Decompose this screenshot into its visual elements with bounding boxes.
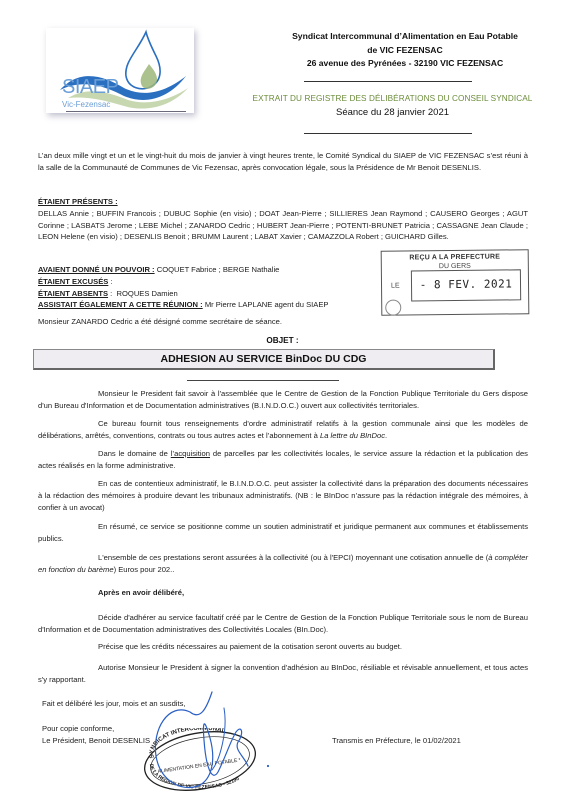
excuses-label: ÉTAIENT EXCUSÉS [38,277,108,286]
secretaire-line: Monsieur ZANARDO Cedric a été désigné co… [38,316,378,328]
assistait-row: ASSISTAIT ÉGALEMENT A CETTE RÉUNION : Mr… [38,299,378,311]
p6-pre: L'ensemble de ces prestations seront ass… [98,553,488,562]
org-address: 26 avenue des Pyrénées - 32190 VIC FEZEN… [255,57,555,71]
siaep-logo: SIAEP Vic-Fezensac [46,28,194,113]
absents-colon: : [108,289,112,298]
presents-list: DELLAS Annie ; BUFFIN Francois ; DUBUC S… [38,208,528,243]
stamp-seal-icon [385,300,401,316]
precise-paragraph: Précise que les crédits nécessaires au p… [98,641,528,653]
org-line-1: Syndicat Intercommunal d’Alimentation en… [255,30,555,44]
logo-name: SIAEP [62,76,118,99]
body-paragraph-4: En cas de contentieux administratif, le … [38,478,528,513]
p3-pre: Dans le domaine de [98,449,171,458]
apres-deliberation: Après en avoir délibéré, [98,587,498,599]
acquisition-underlined: l’acquisition [171,449,210,458]
objet-label: OBJET : [0,336,565,345]
autorise-paragraph: Autorise Monsieur le President à signer … [38,662,528,686]
absents-names: ROQUES Damien [117,289,178,298]
body-paragraph-6: L'ensemble de ces prestations seront ass… [38,552,528,576]
presents-label: ÉTAIENT PRÉSENTS : [38,196,528,208]
seance-date: Séance du 28 janvier 2021 [220,107,565,118]
organization-name: Syndicat Intercommunal d’Alimentation en… [255,30,555,71]
transmis-prefecture: Transmis en Préfecture, le 01/02/2021 [332,735,532,747]
absents-label: ÉTAIENT ABSENTS [38,289,108,298]
body-paragraph-3: Dans le domaine de l’acquisition de parc… [38,448,528,472]
pouvoir-names: COQUET Fabrice ; BERGE Nathalie [157,265,280,274]
decision-paragraph: Décide d'adhérer au service facultatif c… [38,612,528,636]
header-divider-2 [304,133,472,134]
p2-end: . [385,431,387,440]
absents-row: ÉTAIENT ABSENTS : ROQUES Damien [38,288,378,300]
p2-italic: La lettre du BInDoc [320,431,385,440]
logo-divider [66,111,186,112]
excuses-colon: : [108,277,112,286]
assistait-label: ASSISTAIT ÉGALEMENT A CETTE RÉUNION : [38,300,203,309]
header-divider [304,81,472,82]
stamp-date: - 8 FEV. 2021 [412,277,520,291]
presents-section: ÉTAIENT PRÉSENTS : DELLAS Annie ; BUFFIN… [38,196,528,243]
extrait-heading: EXTRAIT DU REGISTRE DES DÉLIBÉRATIONS DU… [220,94,565,103]
attendance-details: AVAIENT DONNÉ UN POUVOIR : COQUET Fabric… [38,264,378,328]
logo-subtitle: Vic-Fezensac [62,100,110,109]
stamp-le-label: LE [391,283,400,290]
stamp-date-box: - 8 FEV. 2021 [411,269,521,301]
prefecture-reception-stamp: REÇU A LA PREFECTURE DU GERS LE - 8 FEV.… [381,249,530,316]
body-paragraph-5: En résumé, ce service se positionne comm… [38,521,528,545]
p6-post: ) Euros pour 202.. [114,565,175,574]
title-divider [187,380,339,381]
excuses-row: ÉTAIENT EXCUSÉS : [38,276,378,288]
intro-paragraph: L’an deux mille vingt et un et le vingt-… [38,150,528,174]
signature-icon [140,690,280,800]
pouvoir-row: AVAIENT DONNÉ UN POUVOIR : COQUET Fabric… [38,264,378,276]
body-paragraph-1: Monsieur le President fait savoir à l'as… [38,388,528,412]
org-line-2: de VIC FEZENSAC [255,44,555,58]
assistait-names: Mr Pierre LAPLANE agent du SIAEP [205,300,329,309]
p2-text: Ce bureau fournit tous renseignements d'… [38,419,528,440]
stamp-title: REÇU A LA PREFECTURE [382,253,528,262]
body-paragraph-2: Ce bureau fournit tous renseignements d'… [38,418,528,442]
pouvoir-label: AVAIENT DONNÉ UN POUVOIR : [38,265,155,274]
objet-title-box: ADHESION AU SERVICE BinDoc DU CDG [33,349,495,370]
